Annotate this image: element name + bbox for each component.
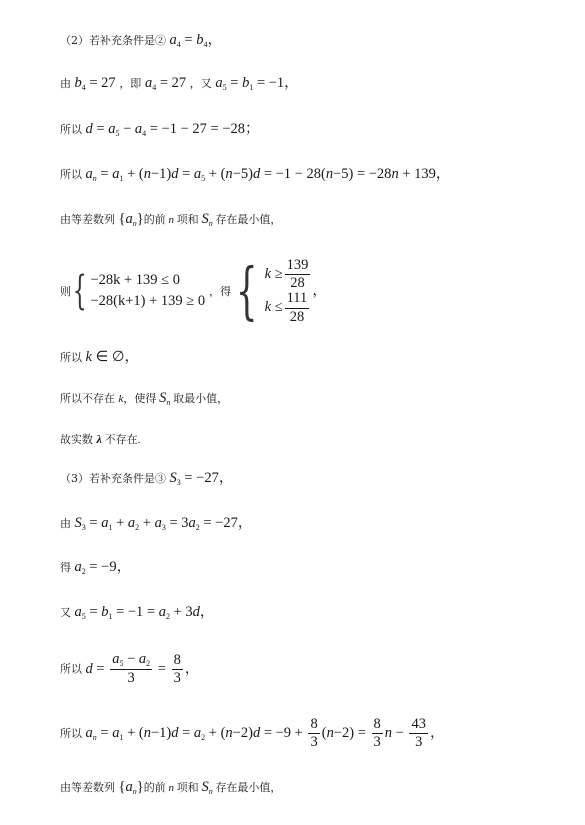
denominator: 28 [285,275,311,291]
math-expression: {an}的前 n 项和 Sn 存在最小值， [119,211,282,227]
fraction: 11128 [285,291,310,324]
left-brace: { [73,271,87,311]
line-prefix: 所以 [60,663,82,676]
part2-heading: （2）若补充条件是② a4 = b4， [60,33,222,49]
math-expression: b4 = 27 ，即 a4 = 27 ，又 a5 = b1 = −1， [75,75,299,91]
line-prefix: 所以不存在 [60,392,115,405]
math-expression: an = a1 + (n−1)d = a5 + (n−5)d = −1 − 28… [86,166,451,182]
result-row: k ≤ 11128 [265,291,313,324]
line-prefix: 又 [60,606,71,619]
math-expression: {an}的前 n 项和 Sn 存在最小值， [119,779,282,795]
line-prefix: 所以 [60,727,82,740]
part3-heading: （3）若补充条件是③ S3 = −27， [60,471,233,487]
line-prefix: 则 [60,286,71,297]
solution-line: 所以 an = a1 + (n−1)d = a2 + (n−2)d = −9 +… [60,717,444,750]
line-prefix: 由 [60,77,71,90]
fraction: a5 − a23 [110,652,152,687]
math-expression: S3 = a1 + a2 + a3 = 3a2 = −27， [75,515,253,531]
heading-text: （3）若补充条件是③ [60,472,166,485]
line-prefix: 由 [60,517,71,530]
fraction: 83 [172,653,183,686]
line-prefix: 故实数 [60,433,93,446]
line-prefix: 由等差数列 [60,213,115,226]
solution-line: 得 a2 = −9， [60,560,131,576]
heading-math: S3 = −27， [170,470,234,486]
line-prefix: 所以 [60,168,82,181]
result-lhs: k ≥ [265,267,283,283]
mid-text: ，得 [209,286,231,297]
solution-line: 所以 k ∈ ∅， [60,350,139,365]
solution-line: 由等差数列 {an}的前 n 项和 Sn 存在最小值， [60,212,281,228]
result-rows: k ≥ 13928 k ≤ 11128 [265,258,313,325]
numerator: 139 [285,258,311,275]
fraction: 433 [409,717,428,750]
solution-line: 由 b4 = 27 ，即 a4 = 27 ，又 a5 = b1 = −1， [60,76,299,92]
math-expression: an = a1 + (n−1)d = a2 + (n−2)d = −9 + 83… [86,725,445,741]
system-row: −28(k+1) + 139 ≥ 0 [90,291,205,313]
math-expression: k ∈ ∅， [86,349,139,365]
line-prefix: 由等差数列 [60,781,115,794]
line-prefix: 所以 [60,123,82,136]
math-expression: a5 = b1 = −1 = a2 + 3d， [75,604,215,620]
system-rows: −28k + 139 ≤ 0 −28(k+1) + 139 ≥ 0 [90,270,205,314]
math-expression: k，使得 Sn 取最小值， [119,390,229,406]
system-row: −28k + 139 ≤ 0 [90,270,205,292]
fraction: 13928 [285,258,311,291]
denominator: 28 [285,309,310,325]
solution-line: 由 S3 = a1 + a2 + a3 = 3a2 = −27， [60,516,252,532]
solution-line: 所以 an = a1 + (n−1)d = a5 + (n−5)d = −1 −… [60,167,450,183]
solution-line: 由等差数列 {an}的前 n 项和 Sn 存在最小值， [60,780,281,796]
line-prefix: 所以 [60,351,82,364]
math-expression: λ 不存在. [97,431,141,447]
inequality-system: 则 { −28k + 139 ≤ 0 −28(k+1) + 139 ≥ 0 ，得… [60,258,327,325]
inequality-system-line: 则 { −28k + 139 ≤ 0 −28(k+1) + 139 ≥ 0 ，得… [60,258,327,325]
result-row: k ≥ 13928 [265,258,313,291]
solution-line: 又 a5 = b1 = −1 = a2 + 3d， [60,605,214,621]
left-brace: { [236,260,258,322]
solution-line: 故实数 λ 不存在. [60,432,140,447]
math-expression: d = a5 − a23 = 83， [86,661,200,677]
numerator: 111 [285,291,310,308]
heading-math: a4 = b4， [170,32,222,48]
fraction: 83 [308,717,319,750]
line-prefix: 得 [60,561,71,574]
heading-text: （2）若补充条件是② [60,34,166,47]
suffix: ， [312,284,327,299]
result-lhs: k ≤ [265,300,283,316]
solution-line: 所以 d = a5 − a23 = 83， [60,652,199,687]
math-expression: a2 = −9， [75,559,132,575]
solution-line: 所以 d = a5 − a4 = −1 − 27 = −28； [60,122,260,138]
math-expression: d = a5 − a4 = −1 − 27 = −28； [86,121,260,137]
solution-line: 所以不存在 k，使得 Sn 取最小值， [60,391,228,407]
fraction: 83 [372,717,383,750]
